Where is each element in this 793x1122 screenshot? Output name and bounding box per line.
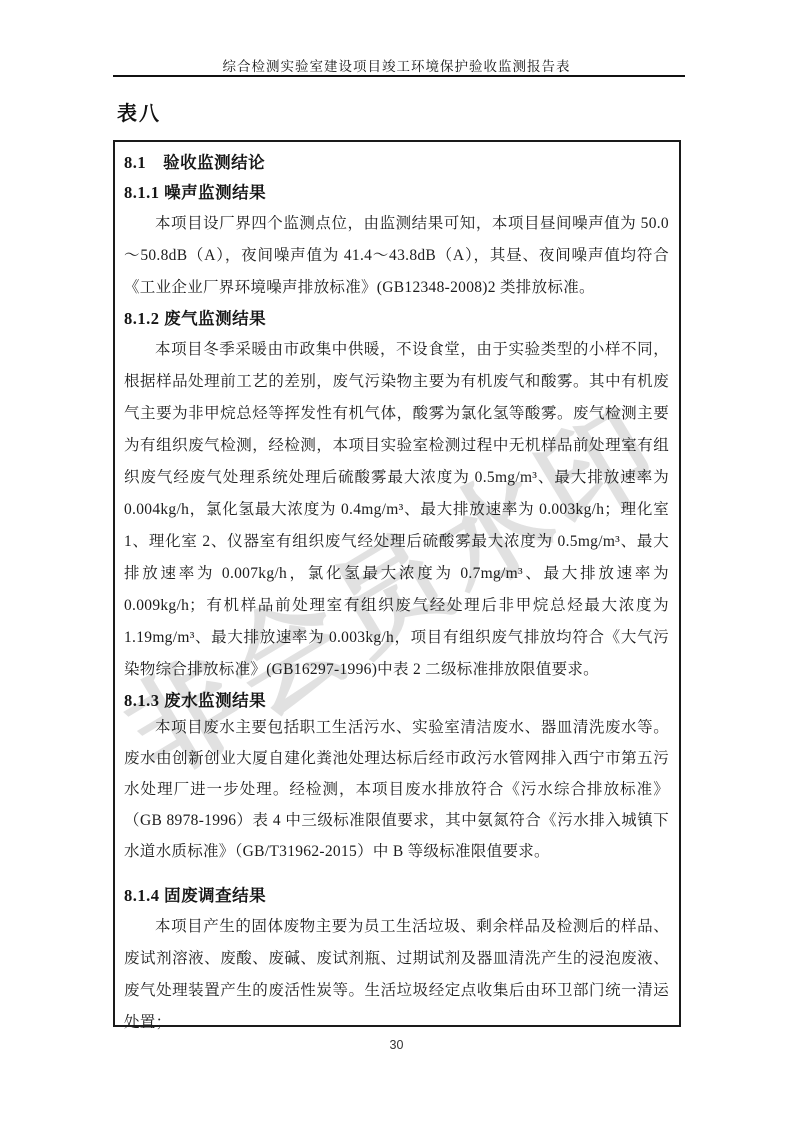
section-heading-8-1: 8.1 验收监测结论 bbox=[124, 148, 669, 178]
section-heading-8-1-1-noise: 8.1.1 噪声监测结果 bbox=[124, 178, 669, 208]
running-header-title: 综合检测实验室建设项目竣工环境保护验收监测报告表 bbox=[0, 55, 793, 75]
paragraph-noise-results: 本项目设厂界四个监测点位，由监测结果可知，本项目昼间噪声值为 50.0～50.8… bbox=[124, 208, 669, 304]
report-table-frame: 8.1 验收监测结论 8.1.1 噪声监测结果 本项目设厂界四个监测点位，由监测… bbox=[113, 140, 681, 1027]
document-page: 综合检测实验室建设项目竣工环境保护验收监测报告表 表八 非会员水印 8.1 验收… bbox=[0, 0, 793, 1122]
page-number: 30 bbox=[0, 1038, 793, 1052]
section-heading-8-1-2-exhaust-gas: 8.1.2 废气监测结果 bbox=[124, 304, 669, 334]
paragraph-solid-waste-results: 本项目产生的固体废物主要为员工生活垃圾、剩余样品及检测后的样品、废试剂溶液、废酸… bbox=[124, 911, 669, 1039]
paragraph-exhaust-gas-results: 本项目冬季采暖由市政集中供暖，不设食堂，由于实验类型的小样不同，根据样品处理前工… bbox=[124, 334, 669, 686]
header-rule bbox=[113, 75, 685, 77]
section-heading-8-1-4-solid-waste: 8.1.4 固废调查结果 bbox=[124, 881, 669, 911]
paragraph-wastewater-results: 本项目废水主要包括职工生活污水、实验室清洁废水、器皿清洗废水等。废水由创新创业大… bbox=[124, 712, 669, 867]
table-caption: 表八 bbox=[117, 97, 161, 126]
